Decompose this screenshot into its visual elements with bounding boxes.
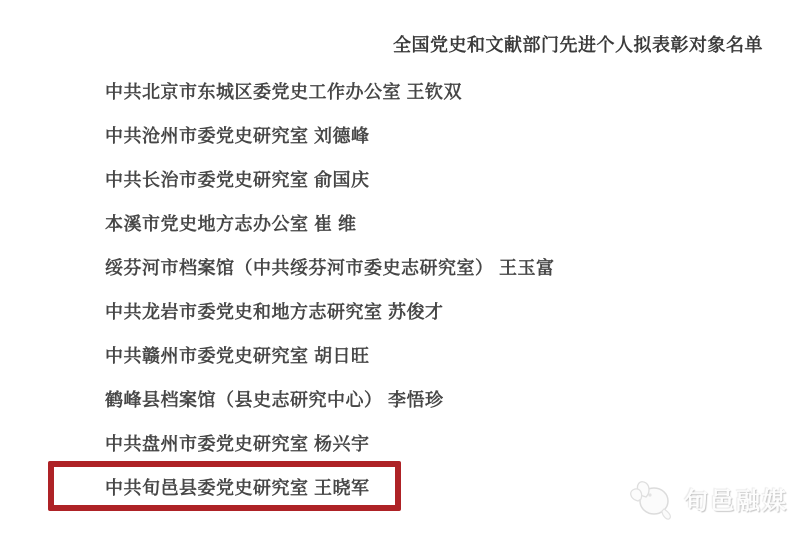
list-item: 中共盘州市委党史研究室 杨兴宇 [105,421,555,465]
list-item: 中共长治市委党史研究室 俞国庆 [105,157,555,201]
list-item: 中共北京市东城区委党史工作办公室 王钦双 [105,69,555,113]
list-item-highlighted: 中共旬邑县委党史研究室 王晓军 [105,465,555,509]
dove-logo-icon [626,475,678,521]
list-item: 中共沧州市委党史研究室 刘德峰 [105,113,555,157]
list-item: 本溪市党史地方志办公室 崔 维 [105,201,555,245]
watermark-label: 旬邑融媒 [684,481,788,516]
list-item: 中共赣州市委党史研究室 胡日旺 [105,333,555,377]
watermark: 旬邑融媒 [626,475,788,521]
list-item: 中共龙岩市委党史和地方志研究室 苏俊才 [105,289,555,333]
document-page: 全国党史和文献部门先进个人拟表彰对象名单 中共北京市东城区委党史工作办公室 王钦… [0,0,800,533]
page-title: 全国党史和文献部门先进个人拟表彰对象名单 [393,31,763,57]
award-list: 中共北京市东城区委党史工作办公室 王钦双 中共沧州市委党史研究室 刘德峰 中共长… [105,69,555,509]
list-item: 绥芬河市档案馆（中共绥芬河市委史志研究室） 王玉富 [105,245,555,289]
list-item: 鹤峰县档案馆（县史志研究中心） 李悟珍 [105,377,555,421]
